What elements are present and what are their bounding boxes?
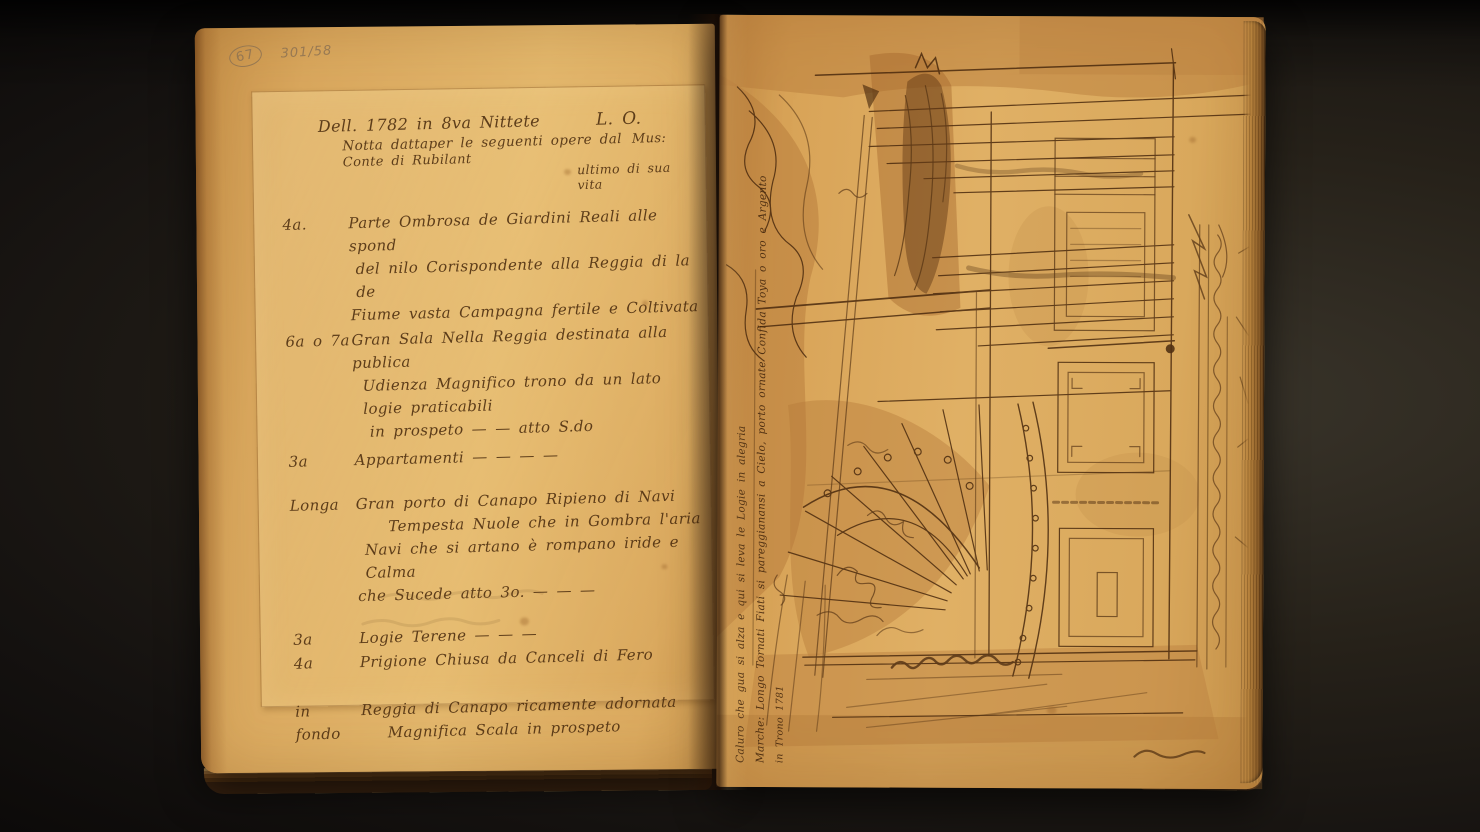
show-through-marks: [342, 577, 643, 645]
margin-note-line: Marche: Longo Tornati Fiati si pareggian…: [754, 175, 769, 763]
scene-entry: 4a. Parte Ombrosa de Giardini Reali alle…: [282, 203, 701, 329]
catalog-number: 301/58: [280, 43, 333, 61]
margin-note: Marche: Longo Tornati Fiati si pareggian…: [730, 85, 805, 777]
margin-note-line: Caluro che gua si alza e qui si leva le …: [734, 425, 747, 762]
patron-line2: ultimo di sua vita: [577, 159, 698, 192]
left-page: 67 301/58 Dell. 1782 in 8va NitteteL. O.…: [195, 24, 721, 774]
scene-entry: 3a Appartamenti — — — —: [288, 440, 704, 474]
fox-spot: [661, 564, 667, 569]
scene-entry: 6a o 7a Gran Sala Nella Reggia destinata…: [285, 320, 704, 446]
fox-spot: [520, 617, 529, 625]
date-line: Dell. 1782 in 8va Nittete: [318, 111, 541, 136]
entry-line: Appartamenti — — — —: [354, 440, 704, 472]
fox-spot: [642, 300, 648, 306]
fox-spot: [1047, 706, 1057, 714]
fore-edge-page-stack: [1240, 21, 1265, 783]
right-page: Marche: Longo Tornati Fiati si pareggian…: [716, 15, 1265, 789]
header-mark: L. O.: [596, 109, 642, 130]
manuscript-sheet: Dell. 1782 in 8va NitteteL. O. Notta dat…: [251, 84, 715, 707]
fox-spot: [564, 169, 571, 175]
fox-spot: [1189, 137, 1196, 143]
entry-label: 4a: [294, 651, 361, 676]
entry-label: in fondo: [295, 699, 362, 747]
manuscript-text: Dell. 1782 in 8va NitteteL. O. Notta dat…: [249, 83, 717, 709]
folio-number: 67: [227, 43, 263, 70]
entry-label: 6a o 7a: [285, 329, 354, 446]
entry-label: 3a: [288, 449, 355, 474]
scene-entry: in fondo Reggia di Canapo ricamente ador…: [295, 690, 712, 747]
pencil-annotations: 67 301/58: [228, 40, 333, 67]
deckle-edge: [195, 28, 228, 773]
margin-note-line: in Trono 1781: [774, 685, 785, 763]
entry-label: 4a.: [282, 212, 351, 329]
photo-background: 67 301/58 Dell. 1782 in 8va NitteteL. O.…: [0, 0, 1480, 832]
